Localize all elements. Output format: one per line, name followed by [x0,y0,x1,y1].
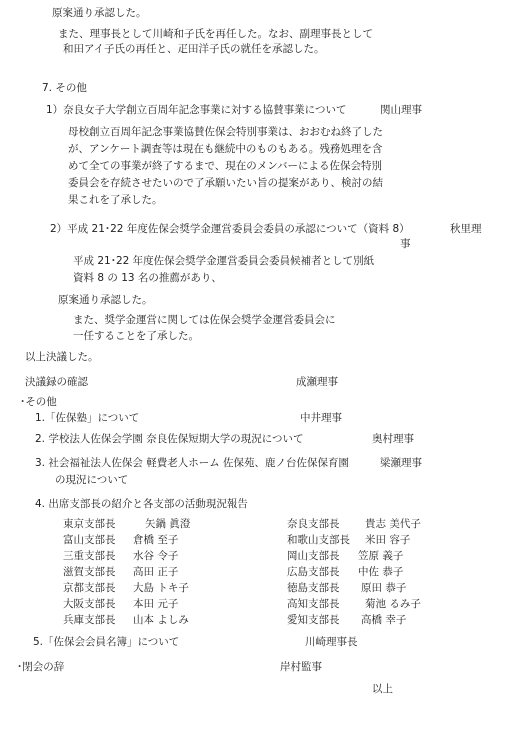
branch-label: 京都支部長 [63,582,116,595]
branch-head-name: 本田 元子 [133,598,178,611]
end-mark: 以上 [372,683,393,696]
presenter: 川崎理事長 [305,636,358,649]
item-title: 決議録の確認 [25,376,88,389]
branch-head-name: 山本 よしみ [133,614,189,627]
branch-label: 奈良支部長 [287,518,340,531]
branch-head-name: 原田 恭子 [361,582,406,595]
agenda-item-title: 2）平成 21･22 年度佐保会奨学金運営委員会委員の承認について（資料 8） [50,223,410,236]
section-heading: ･その他 [20,396,57,409]
paragraph-line: 平成 21･22 年度佐保会奨学金運営委員会委員候補者として別紙 [73,255,374,268]
branch-label: 愛知支部長 [287,614,340,627]
approval-text: 原案通り承認した。 [52,7,147,20]
branch-label: 滋賀支部長 [63,566,116,579]
paragraph-line: 母校創立百周年記念事業協賛佐保会特別事業は、おおむね終了した [68,126,383,139]
paragraph-line: 委員会を存続させたいので了承願いたい旨の提案があり、検討の結 [68,177,383,190]
branch-label: 和歌山支部長 [287,534,350,547]
closing-address: ･閉会の辞 [17,661,64,674]
branch-label: 岡山支部長 [287,550,340,563]
agenda-item-title: 5.「佐保会会員名簿」について [33,636,179,649]
branch-label: 高知支部長 [287,598,340,611]
branch-head-name: 水谷 令子 [133,550,178,563]
branch-label: 三重支部長 [63,550,116,563]
branch-head-name: 笠原 義子 [358,550,403,563]
presenter: 奥村理事 [372,433,414,446]
branch-head-name: 倉橋 至子 [133,534,178,547]
branch-label: 大阪支部長 [63,598,116,611]
presenter: 梁瀬理事 [380,457,422,470]
presenter: 秋里理 [450,223,482,236]
presenter: 成瀬理事 [296,376,338,389]
branch-head-name: 米田 容子 [365,534,410,547]
agenda-item-title: 2. 学校法人佐保会学園 奈良佐保短期大学の現況について [35,433,303,446]
paragraph-line: めて全ての事業が終了するまで、現在のメンバーによる佐保会特別 [68,160,382,173]
branch-label: 徳島支部長 [287,582,340,595]
presenter-wrap: 事 [400,238,411,251]
agenda-item-title: 4. 出席支部長の紹介と各支部の活動現況報告 [35,498,248,511]
presenter: 岸村監事 [280,661,322,674]
presenter: 中井理事 [300,412,342,425]
agenda-item-title-cont: の現況について [55,474,128,487]
paragraph-line: また、奨学金運営に関しては佐保会奨学金運営委員会に [73,314,336,327]
approval-text: 原案通り承認した。 [58,294,153,307]
paragraph-line: また、理事長として川崎和子氏を再任した。なお、副理事長として [58,28,373,41]
agenda-item-title: 1）奈良女子大学創立百周年記念事業に対する協賛事業について [46,104,346,117]
branch-head-name: 貴志 美代子 [365,518,421,531]
branch-head-name: 矢鍋 眞澄 [145,518,190,531]
branch-label: 東京支部長 [63,518,116,531]
presenter: 関山理事 [380,104,422,117]
branch-head-name: 中佐 恭子 [358,566,403,579]
paragraph-line: 和田アイ子氏の再任と、疋田洋子氏の就任を承認した。 [63,43,325,56]
paragraph-line: 資料 8 の 13 名の推薦があり、 [73,272,222,285]
paragraph-line: が、アンケート調査等は現在も継続中のものもある。残務処理を含 [68,143,382,156]
paragraph-line: 果これを了承した。 [68,194,163,207]
agenda-item-title: 1.「佐保塾」について [35,412,139,425]
agenda-item-title: 3. 社会福祉法人佐保会 軽費老人ホーム 佐保苑、鹿ノ台佐保保育園 [35,457,349,470]
branch-head-name: 菊池 るみ子 [365,598,421,611]
branch-head-name: 大島 トキ子 [133,582,189,595]
branch-label: 富山支部長 [63,534,116,547]
paragraph-line: 一任することを了承した。 [73,330,199,343]
section-heading: 7. その他 [42,82,87,95]
branch-head-name: 高田 正子 [133,566,178,579]
branch-label: 広島支部長 [287,566,340,579]
branch-head-name: 高橋 幸子 [361,614,406,627]
branch-label: 兵庫支部長 [63,614,116,627]
resolution-text: 以上決議した。 [25,351,99,364]
